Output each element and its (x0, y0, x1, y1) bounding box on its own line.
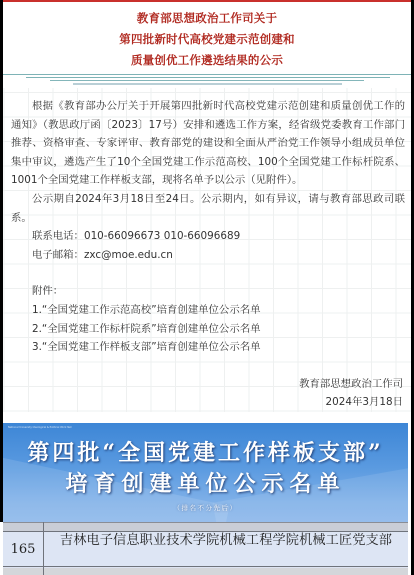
article-body: 根据《教育部办公厅关于开展第四批新时代高校党建示范创建和质量创优工作的通知》（教… (11, 97, 405, 412)
attachment-link-3[interactable]: 3.“全国党建工作样板支部”培育创建单位公示名单 (11, 338, 405, 357)
contact-email[interactable]: 电子邮箱：zxc@moe.edu.cn (11, 246, 405, 265)
title-line-2: 第四批新时代高校党建示范创建和 (3, 29, 411, 50)
row-unit-name: 吉林电子信息职业技术学院机械工程学院机械工匠党支部 (47, 533, 405, 549)
contact-phone: 联系电话：010-66096673 010-66096689 (11, 227, 405, 246)
title-divider (3, 74, 411, 75)
banner-subtitle: （排名不分先后） (3, 503, 408, 512)
row-number: 165 (3, 532, 43, 566)
title-divider (73, 83, 342, 85)
table-row (3, 568, 408, 575)
title-divider (26, 77, 390, 78)
banner-title-line-2: 培育创建单位公示名单 (3, 467, 408, 498)
article-title: 教育部思想政治工作司关于 第四批新时代高校党建示范创建和 质量创优工作遴选结果的… (3, 8, 411, 71)
attachments-label: 附件： (11, 282, 405, 301)
article-screenshot: 教育部思想政治工作司关于 第四批新时代高校党建示范创建和 质量创优工作遴选结果的… (0, 0, 414, 575)
list-banner-image: National University Ideological & Politi… (3, 423, 408, 522)
banner-watermark-text: National University Ideological & Politi… (8, 426, 72, 429)
column-divider (43, 522, 44, 575)
top-red-rule (3, 0, 411, 2)
signature-date: 2024年3月18日 (11, 393, 405, 412)
body-paragraph-1: 根据《教育部办公厅关于开展第四批新时代高校党建示范创建和质量创优工作的通知》（教… (11, 97, 405, 190)
body-paragraph-2: 公示期自2024年3月18日至24日。公示期内，如有异议，请与教育部思政司联系。 (11, 190, 405, 227)
table-row: 165 吉林电子信息职业技术学院机械工程学院机械工匠党支部 (3, 532, 408, 567)
banner-title-line-1: 第四批“全国党建工作样板支部” (3, 436, 408, 467)
table-header-strip (3, 522, 408, 532)
signature-org: 教育部思想政治工作司 (11, 375, 405, 394)
title-divider (50, 80, 364, 81)
attachment-link-1[interactable]: 1.“全国党建工作示范高校”培育创建单位公示名单 (11, 301, 405, 320)
list-table: 165 吉林电子信息职业技术学院机械工程学院机械工匠党支部 (3, 522, 408, 575)
title-line-1: 教育部思想政治工作司关于 (3, 8, 411, 29)
title-line-3: 质量创优工作遴选结果的公示 (3, 50, 411, 71)
attachment-link-2[interactable]: 2.“全国党建工作标杆院系”培育创建单位公示名单 (11, 320, 405, 339)
